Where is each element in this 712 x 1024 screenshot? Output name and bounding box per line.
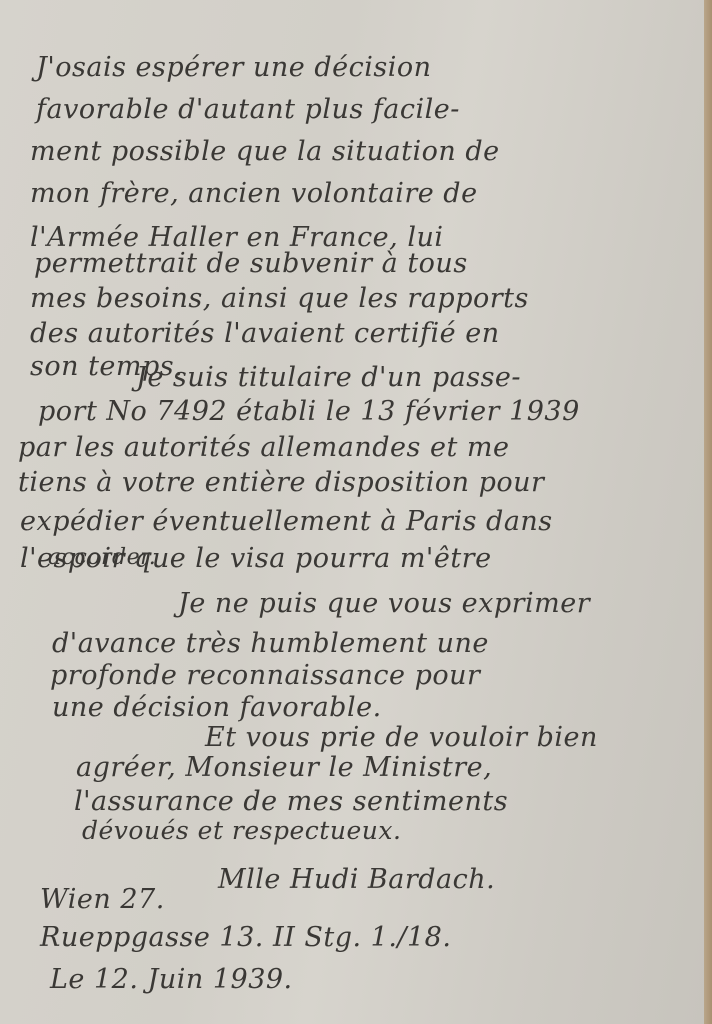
signature: Mlle Hudi Bardach. [218,864,495,895]
letter-line: agréer, Monsieur le Ministre, [76,752,492,783]
letter-line: accorder. [48,545,156,570]
letter-line: une décision favorable. [52,692,382,723]
letter-line: par les autorités allemandes et me [18,432,509,463]
letter-line: mes besoins, ainsi que les rapports [30,283,529,314]
letter-line: des autorités l'avaient certifié en [30,318,500,349]
letter-line: Je suis titulaire d'un passe- [136,362,521,393]
letter-line: port No 7492 établi le 13 février 1939 [38,396,580,427]
letter-date: Le 12. Juin 1939. [50,964,293,995]
letter-line: tiens à votre entière disposition pour [18,467,544,498]
letter-line: Et vous prie de vouloir bien [205,722,598,753]
letter-page: J'osais espérer une décision favorable d… [0,0,704,1024]
letter-line: expédier éventuellement à Paris dans [20,506,553,537]
address-city: Wien 27. [40,884,165,915]
address-street: Rueppgasse 13. II Stg. 1./18. [40,922,451,953]
letter-line: favorable d'autant plus facile- [36,94,460,125]
letter-line: J'osais espérer une décision [36,52,432,83]
letter-line: d'avance très humblement une [52,628,489,659]
paper-edge [704,0,712,1024]
letter-line: ment possible que la situation de [30,136,500,167]
letter-line: Je ne puis que vous exprimer [178,588,590,619]
letter-line: dévoués et respectueux. [82,816,401,845]
letter-line: permettrait de subvenir à tous [34,248,468,279]
letter-line: mon frère, ancien volontaire de [30,178,478,209]
letter-line: profonde reconnaissance pour [50,660,480,691]
letter-line: l'assurance de mes sentiments [74,786,508,817]
